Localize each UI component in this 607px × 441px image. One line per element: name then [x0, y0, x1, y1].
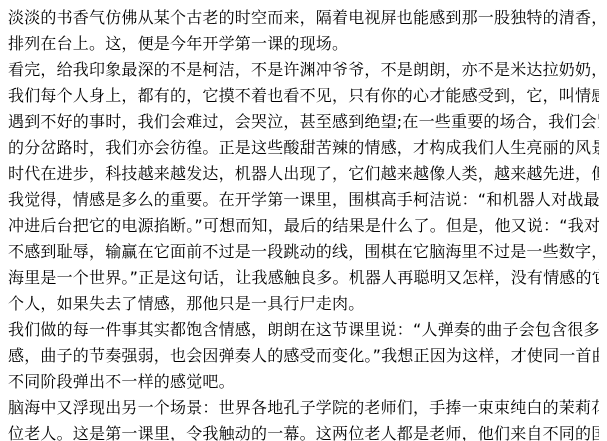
- text-line: 淡淡的书香气仿佛从某个古老的时空而来，隔着电视屏也能感到那一股独特的清香，一些课…: [8, 5, 599, 31]
- text-line: 我们做的每一件事其实都饱含情感，朗朗在这节课里说：“人弹奏的曲子会包含很多，里面…: [8, 317, 599, 343]
- text-line: 看完，给我印象最深的不是柯洁，不是许渊冲爷爷，不是朗朗，亦不是米达拉奶奶，而是他…: [8, 57, 599, 83]
- text-line: 海里是一个世界。”正是这句话，让我感触良多。机器人再聪明又怎样，没有情感的它们，…: [8, 265, 599, 291]
- text-line: 我们每个人身上，都有的，它摸不着也看不见，只有你的心才能感受到，它，叫情感。: [8, 83, 599, 109]
- text-line: 我觉得，情感是多么的重要。在开学第一课里，围棋高手柯洁说：“和机器人对战最为激烈…: [8, 187, 599, 213]
- text-line: 时代在进步，科技越来越发达，机器人出现了，它们越来越像人类，越来越先进，但是，正…: [8, 161, 599, 187]
- text-line: 冲进后台把它的电源掐断。”可想而知，最后的结果是什么了。但是，他又说：“我对此一…: [8, 213, 599, 239]
- text-line: 不同阶段弹出不一样的感觉吧。: [8, 369, 599, 395]
- text-line: 的分岔路时，我们亦会彷徨。正是这些酸甜苦辣的情感，才构成我们人生亮丽的风景。: [8, 135, 599, 161]
- text-line: 不感到耻辱，输赢在它面前不过是一段跳动的线，围棋在它脑海里不过是一些数字，但在我…: [8, 239, 599, 265]
- paragraph: 时代在进步，科技越来越发达，机器人出现了，它们越来越像人类，越来越先进，但是，正…: [8, 161, 599, 317]
- text-line: 个人，如果失去了情感，那他只是一具行尸走肉。: [8, 291, 599, 317]
- text-line: 排列在台上。这，便是今年开学第一课的现场。: [8, 31, 599, 57]
- paragraph: 看完，给我印象最深的不是柯洁，不是许渊冲爷爷，不是朗朗，亦不是米达拉奶奶，而是他…: [8, 57, 599, 109]
- text-line: 遇到不好的事时，我们会难过，会哭泣，甚至感到绝望;在一些重要的场合，我们会紧张，…: [8, 109, 599, 135]
- text-line: 感，曲子的节奏强弱，也会因弹奏人的感受而变化。”我想正因为这样，才使同一首曲子可…: [8, 343, 599, 369]
- paragraph: 脑海中又浮现出另一个场景：世界各地孔子学院的老师们，手捧一束束纯白的茉莉花，满怀…: [8, 395, 599, 441]
- text-line: 脑海中又浮现出另一个场景：世界各地孔子学院的老师们，手捧一束束纯白的茉莉花，满怀…: [8, 395, 599, 421]
- paragraph: 我们做的每一件事其实都饱含情感，朗朗在这节课里说：“人弹奏的曲子会包含很多，里面…: [8, 317, 599, 395]
- paragraph: 遇到不好的事时，我们会难过，会哭泣，甚至感到绝望;在一些重要的场合，我们会紧张，…: [8, 109, 599, 161]
- paragraph: 淡淡的书香气仿佛从某个古老的时空而来，隔着电视屏也能感到那一股独特的清香，一些课…: [8, 5, 599, 57]
- document-page: 淡淡的书香气仿佛从某个古老的时空而来，隔着电视屏也能感到那一股独特的清香，一些课…: [0, 0, 607, 441]
- text-line: 位老人。这是第一课里，令我触动的一幕。这两位老人都是老师，他们来自不同的国家，有…: [8, 421, 599, 441]
